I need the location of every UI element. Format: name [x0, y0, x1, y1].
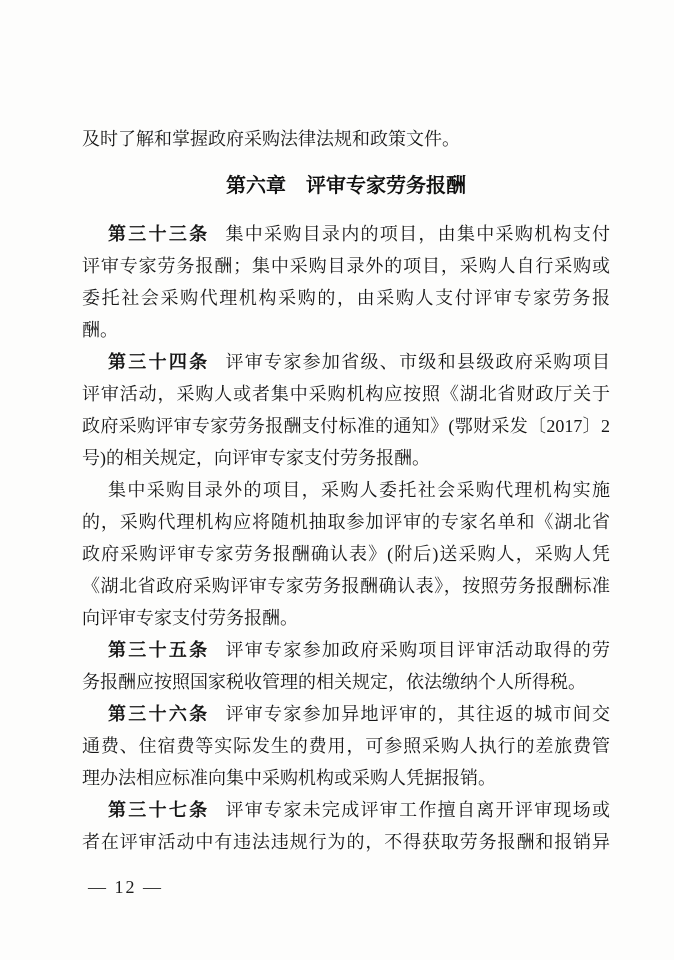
scanned-document-page: 及时了解和掌握政府采购法律法规和政策文件。 第六章评审专家劳务报酬 第三十三条集… — [0, 0, 674, 960]
article-33-first-line: 第三十三条集中采购目录内的项目，由集中采购机构支付 — [82, 218, 610, 250]
article-33-line: 委托社会采购代理机构采购的，由采购人支付评审专家劳务报 — [82, 282, 610, 314]
article-34-line: 评审活动，采购人或者集中采购机构应按照《湖北省财政厅关于 — [82, 378, 610, 410]
article-36-number: 第三十六条 — [108, 704, 209, 724]
paragraph-continuation-line: 及时了解和掌握政府采购法律法规和政策文件。 — [82, 123, 610, 155]
article-35-text: 评审专家参加政府采购项目评审活动取得的劳 — [225, 640, 610, 660]
article-36-last-line: 理办法相应标准向集中采购机构或采购人凭据报销。 — [82, 762, 610, 794]
article-34-last-line: 号)的相关规定，向评审专家支付劳务报酬。 — [82, 442, 610, 474]
article-34-first-line: 第三十四条评审专家参加省级、市级和县级政府采购项目 — [82, 346, 610, 378]
article-33-number: 第三十三条 — [108, 224, 209, 244]
paragraph-text: 集中采购目录外的项目，采购人委托社会采购代理机构实施 — [108, 480, 610, 500]
article-34-number: 第三十四条 — [108, 352, 209, 372]
article-37-line: 者在评审活动中有违法违规行为的，不得获取劳务报酬和报销异 — [82, 826, 610, 858]
document-content: 及时了解和掌握政府采购法律法规和政策文件。 第六章评审专家劳务报酬 第三十三条集… — [82, 123, 610, 858]
article-37-first-line: 第三十七条评审专家未完成评审工作擅自离开评审现场或 — [82, 794, 610, 826]
paragraph-line: 的，采购代理机构应将随机抽取参加评审的专家名单和《湖北省 — [82, 506, 610, 538]
article-35-number: 第三十五条 — [108, 640, 209, 660]
paragraph-first-line: 集中采购目录外的项目，采购人委托社会采购代理机构实施 — [82, 474, 610, 506]
article-37-number: 第三十七条 — [108, 800, 209, 820]
article-33-line: 评审专家劳务报酬；集中采购目录外的项目，采购人自行采购或 — [82, 250, 610, 282]
article-36-first-line: 第三十六条评审专家参加异地评审的，其往返的城市间交 — [82, 698, 610, 730]
chapter-title: 评审专家劳务报酬 — [306, 175, 466, 197]
article-35-last-line: 务报酬应按照国家税收管理的相关规定，依法缴纳个人所得税。 — [82, 666, 610, 698]
article-33-text: 集中采购目录内的项目，由集中采购机构支付 — [225, 224, 610, 244]
article-37-text: 评审专家未完成评审工作擅自离开评审现场或 — [225, 800, 610, 820]
article-34-line: 政府采购评审专家劳务报酬支付标准的通知》(鄂财采发〔2017〕2 — [82, 410, 610, 442]
article-35-first-line: 第三十五条评审专家参加政府采购项目评审活动取得的劳 — [82, 634, 610, 666]
chapter-number: 第六章 — [226, 175, 286, 197]
chapter-heading: 第六章评审专家劳务报酬 — [82, 170, 610, 202]
paragraph-line: 《湖北省政府采购评审专家劳务报酬确认表》，按照劳务报酬标准 — [82, 570, 610, 602]
article-33-last-line: 酬。 — [82, 314, 610, 346]
page-number: — 12 — — [88, 874, 163, 900]
article-36-text: 评审专家参加异地评审的，其往返的城市间交 — [225, 704, 610, 724]
article-34-text: 评审专家参加省级、市级和县级政府采购项目 — [225, 352, 610, 372]
article-36-line: 通费、住宿费等实际发生的费用，可参照采购人执行的差旅费管 — [82, 730, 610, 762]
paragraph-last-line: 向评审专家支付劳务报酬。 — [82, 602, 610, 634]
paragraph-line: 政府采购评审专家劳务报酬确认表》(附后)送采购人，采购人凭 — [82, 538, 610, 570]
